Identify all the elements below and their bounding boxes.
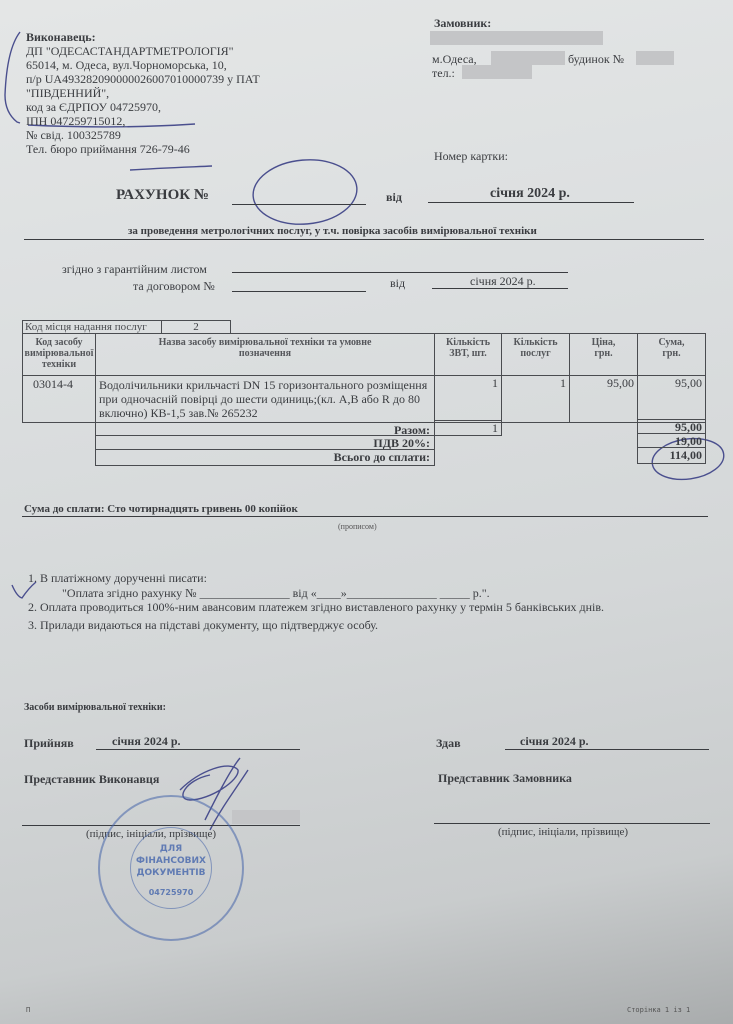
customer-phone-label: тел.: [432, 66, 455, 80]
stamp-line-3: ДОКУМЕНТІВ [131, 868, 211, 878]
stamp-line-2: ФІНАНСОВИХ [131, 856, 211, 866]
purpose-line [24, 239, 704, 240]
executor-cert: № свід. 100325789 [26, 128, 260, 142]
customer-signature-caption: (підпис, ініціали, прізвище) [498, 826, 628, 839]
note-1: 1. В платіжному дорученні писати: [28, 571, 207, 585]
redacted-customer-name [430, 31, 603, 45]
guarantee-line [232, 272, 568, 273]
amount-words-caption: (прописом) [338, 522, 377, 531]
invoice-date-line [428, 202, 634, 203]
handed-label: Здав [436, 736, 461, 750]
header-name: Назва засобу вимірювальної техніки та ум… [95, 333, 435, 376]
row-price: 95,00 [569, 375, 638, 423]
total-label: Всього до сплати: [95, 449, 435, 466]
note-3: 3. Прилади видаються на підставі докумен… [28, 618, 378, 632]
contract-date: січня 2024 р. [470, 274, 536, 288]
stamp-inner-ring: ДЛЯ ФІНАНСОВИХ ДОКУМЕНТІВ 04725970 [130, 827, 212, 909]
executor-address: 65014, м. Одеса, вул.Чорноморська, 10, [26, 58, 260, 72]
subtotal-label: Разом: [95, 422, 435, 436]
executor-ipn: ІПН 047259715012, [26, 114, 260, 128]
header-price: Ціна, грн. [569, 333, 638, 376]
subtotal-value: 95,00 [637, 419, 706, 434]
header-qty-services: Кількість послуг [501, 333, 570, 376]
place-code-value: 2 [161, 320, 231, 334]
accepted-label: Прийняв [24, 736, 74, 750]
customer-house-label: будинок № [568, 52, 624, 66]
page-counter: Сторінка 1 із 1 [627, 1006, 690, 1014]
vat-label: ПДВ 20%: [95, 435, 435, 450]
note-2: 2. Оплата проводиться 100%-ним авансовим… [28, 600, 604, 614]
row-name: Водолічильники крильчасті DN 15 горизонт… [95, 375, 435, 423]
accepted-date: січня 2024 р. [112, 734, 181, 748]
redacted-executor-name [232, 810, 300, 824]
accepted-line [96, 749, 300, 750]
invoice-purpose: за проведення метрологічних послуг, у т.… [128, 225, 537, 238]
executor-edrpou: код за ЄДРПОУ 04725970, [26, 100, 260, 114]
row-code: 03014-4 [22, 375, 96, 423]
executor-block: Виконавець: ДП "ОДЕСАСТАНДАРТМЕТРОЛОГІЯ"… [26, 30, 260, 156]
invoice-title: РАХУНОК № [116, 187, 209, 204]
invoice-from-label: від [386, 190, 402, 204]
note-1-template: "Оплата згідно рахунку № _______________… [62, 586, 490, 600]
contract-date-line [432, 288, 568, 289]
footer-left-mark: П [26, 1006, 30, 1014]
customer-representative-label: Представник Замовника [438, 771, 572, 785]
amount-words-line [22, 516, 708, 517]
instruments-section-label: Засоби вимірювальної техніки: [24, 702, 166, 714]
executor-bank: "ПІВДЕННИЙ", [26, 86, 260, 100]
executor-label: Виконавець: [26, 30, 260, 44]
phone-number: 726-79-46 [140, 142, 190, 156]
executor-representative-label: Представник Виконавця [24, 772, 159, 786]
executor-account: п/р UA493282090000026007010000739 у ПАТ [26, 72, 260, 86]
stamp-line-1: ДЛЯ [131, 844, 211, 854]
stamp-code: 04725970 [131, 888, 211, 898]
header-code: Код засобу вимірювальної техніки [22, 333, 96, 376]
row-qty-services: 1 [501, 375, 570, 423]
invoice-date: січня 2024 р. [490, 186, 570, 202]
contract-label: та договором № [133, 279, 215, 293]
invoice-number-line [232, 204, 366, 205]
amount-in-words: Сума до сплати: Сто чотирнадцять гривень… [24, 503, 298, 516]
redacted-street [491, 51, 565, 65]
handed-line [505, 749, 709, 750]
row-sum: 95,00 [637, 375, 706, 423]
contract-number-line [232, 291, 366, 292]
customer-signature-line [434, 823, 710, 824]
card-number-label: Номер картки: [434, 149, 508, 163]
executor-name: ДП "ОДЕСАСТАНДАРТМЕТРОЛОГІЯ" [26, 44, 260, 58]
customer-label: Замовник: [434, 16, 491, 30]
header-qty-zvt: Кількість ЗВТ, шт. [434, 333, 502, 376]
place-code-label: Код місця надання послуг [22, 320, 162, 334]
customer-city: м.Одеса, [432, 52, 477, 66]
handed-date: січня 2024 р. [520, 734, 589, 748]
header-sum: Сума, грн. [637, 333, 706, 376]
executor-phone-row: Тел. бюро приймання 726-79-46 [26, 142, 260, 156]
contract-from-label: від [390, 276, 405, 290]
redacted-phone [462, 65, 532, 79]
vat-value: 19,00 [637, 433, 706, 448]
phone-label: Тел. бюро приймання [26, 142, 137, 156]
company-stamp: ДЛЯ ФІНАНСОВИХ ДОКУМЕНТІВ 04725970 [98, 795, 244, 941]
redacted-house [636, 51, 674, 65]
guarantee-label: згідно з гарантійним листом [62, 262, 207, 276]
subtotal-qty: 1 [434, 420, 502, 436]
total-value: 114,00 [637, 447, 706, 464]
row-qty-zvt: 1 [434, 375, 502, 423]
